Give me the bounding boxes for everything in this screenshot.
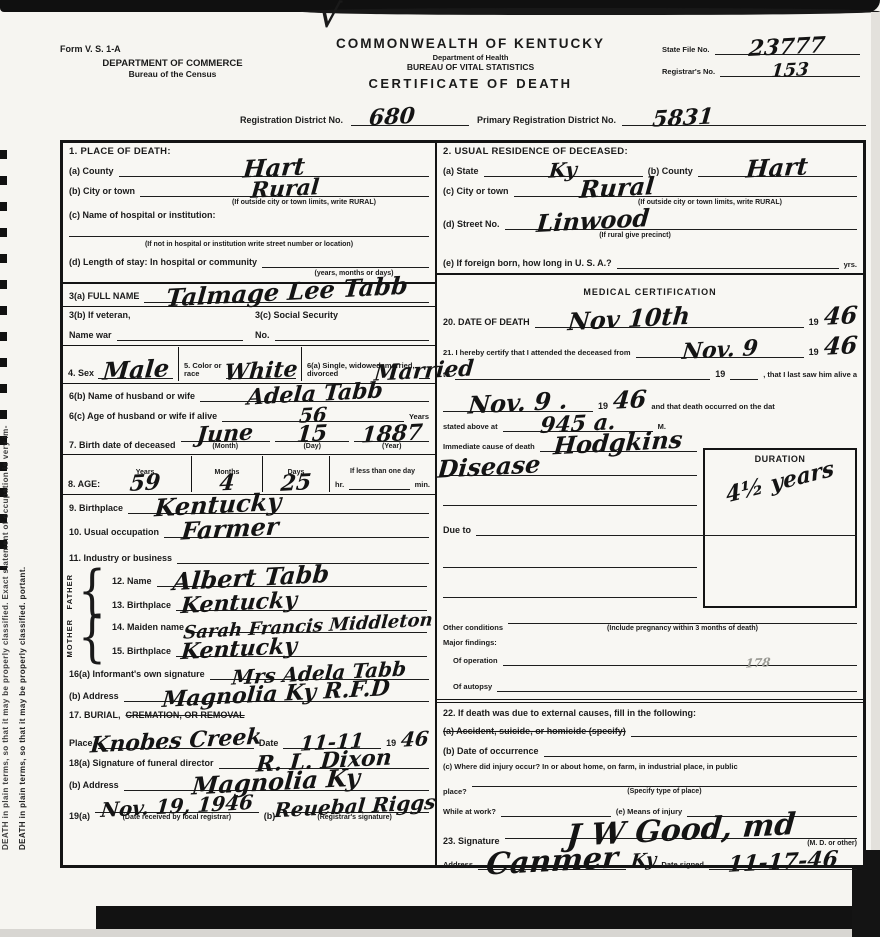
occupation-label: 10. Usual occupation <box>69 527 159 538</box>
informant-addr-line: Magnolia Ky R.F.D <box>124 688 429 702</box>
certify-from-line: Nov. 9 <box>636 344 804 358</box>
reg-district-label: Registration District No. <box>240 115 343 126</box>
hospital-line <box>69 223 429 237</box>
residence-foreign-row: (e) If foreign born, how long in U. S. A… <box>437 254 863 270</box>
certify-text-2: , that I last saw him alive a <box>763 371 857 380</box>
residence-street-value: Linwood <box>535 206 650 236</box>
sex-value: Male <box>101 356 170 384</box>
physician-sig-row: 23. Signature J W Good, md (M. D. or oth… <box>437 824 863 849</box>
header-center: COMMONWEALTH OF KENTUCKY Department of H… <box>285 36 656 91</box>
burial-year-value: 46 <box>400 728 430 750</box>
occupation-line: Farmer <box>164 524 429 538</box>
date-of-death-row: 20. DATE OF DEATH Nov 10th 19 46 <box>437 303 863 329</box>
lastsaw-year: 46 <box>612 387 647 413</box>
director-addr-line: Magnolia Ky <box>124 777 429 791</box>
county-row: (a) County Hart <box>63 162 435 178</box>
birth-month-value: June <box>196 421 254 446</box>
physician-addr-row: Address Canmer Ky Date signed 11-17-46 <box>437 851 863 871</box>
district-line: Registration District No. 680 Primary Re… <box>240 112 866 126</box>
age-hr-label: hr. <box>335 481 344 490</box>
hospital-caption: (If not in hospital or institution write… <box>63 240 435 249</box>
due-to-line-3 <box>443 584 697 598</box>
due-to-line-2 <box>443 554 697 568</box>
department-commerce: DEPARTMENT OF COMMERCE <box>60 58 285 69</box>
mother-name-row: 14. Maiden name Sarah Francis Middleton <box>106 618 433 634</box>
section-informant: 16(a) Informant's own signature Mrs Adel… <box>63 659 435 703</box>
margin-note-outer: DEATH in plain terms, so that it may be … <box>1 150 11 850</box>
autopsy-row: Of autopsy <box>437 677 863 693</box>
cause-line-3 <box>443 492 697 506</box>
veteran-war-line <box>117 327 243 341</box>
veteran-war-label: Name war <box>69 330 112 341</box>
father-bp-label: 13. Birthplace <box>112 600 171 611</box>
marital-line: Married <box>419 365 430 379</box>
lastsaw-line: Nov. 9 . <box>443 398 593 412</box>
date-signed-label: Date signed <box>661 861 704 870</box>
dod-19: 19 <box>809 317 819 328</box>
father-name-label: 12. Name <box>112 576 152 587</box>
physician-sig-line: J W Good, md <box>505 825 857 839</box>
commonwealth-title: COMMONWEALTH OF KENTUCKY <box>285 36 656 51</box>
external-c-row: place? (Specify type of place) <box>437 772 863 797</box>
age-min-label: min. <box>415 481 430 490</box>
informant-addr-row: (b) Address Magnolia Ky R.F.D <box>63 687 435 703</box>
occupation-row: 10. Usual occupation Farmer <box>63 523 435 539</box>
state-file-line: 23777 <box>715 41 860 55</box>
certify-text-1: 21. I hereby certify that I attended the… <box>443 349 631 358</box>
due-to-row: Due to <box>437 521 863 537</box>
full-name-line: Talmage Lee Tabb <box>144 289 429 303</box>
burial-place-line: Knobes Creek <box>98 735 254 749</box>
stay-line <box>262 254 429 268</box>
age-years-value: 59 <box>129 471 162 495</box>
mother-bp-label: 15. Birthplace <box>112 646 171 657</box>
operation-row: Of operation 178 <box>437 651 863 667</box>
birth-month-line: June <box>181 428 270 442</box>
place-title: 1. PLACE OF DEATH: <box>69 146 171 157</box>
birth-day-line: 15 <box>275 428 350 442</box>
registrar-no-line: 153 <box>720 63 860 77</box>
residence-state-label: (a) State <box>443 166 479 177</box>
external-b-label: (b) Date of occurrence <box>443 746 539 757</box>
age-label: 8. AGE: <box>68 479 100 490</box>
handwritten-checkmark: √ <box>315 0 343 37</box>
full-name-label: 3(a) FULL NAME <box>69 291 139 302</box>
section-veteran-ssn: 3(b) If veteran, Name war 3(c) Social Se… <box>63 307 435 346</box>
age-years-line: 59 <box>104 477 186 490</box>
mother-label: MOTHER <box>65 619 78 658</box>
other-conditions-line <box>508 610 857 624</box>
certificate-title: CERTIFICATE OF DEATH <box>285 76 656 91</box>
scan-edge-bottom-gray <box>0 929 880 937</box>
certify-row-1: 21. I hereby certify that I attended the… <box>437 333 863 359</box>
stay-label: (d) Length of stay: In hospital or commu… <box>69 257 257 268</box>
residence-city-line: Rural <box>514 183 858 197</box>
registrar-a-label: 19(a) <box>69 811 90 822</box>
cause-value: Hodgkins <box>553 427 684 458</box>
hospital-label: (c) Name of hospital or institution: <box>69 210 216 221</box>
external-c-line <box>472 773 857 787</box>
stay-row: (d) Length of stay: In hospital or commu… <box>63 253 435 269</box>
to-19: 19 <box>715 369 725 380</box>
operation-label: Of operation <box>453 657 498 666</box>
section-physician-signature: 23. Signature J W Good, md (M. D. or oth… <box>437 818 863 871</box>
residence-foreign-label: (e) If foreign born, how long in U. S. A… <box>443 258 612 269</box>
county-label: (a) County <box>69 166 114 177</box>
certify-row-2: to 19 , that I last saw him alive a <box>437 365 863 381</box>
mother-name-line: Sarah Francis Middleton <box>189 619 427 633</box>
section-external-causes: 22. If death was due to external causes,… <box>437 703 863 818</box>
certify-from-value: Nov. 9 <box>681 337 759 363</box>
to-label: to <box>443 371 450 380</box>
physician-sig-label: 23. Signature <box>443 836 500 847</box>
mother-brace: { <box>78 613 106 662</box>
due-to-line <box>476 522 857 536</box>
father-name-line: Albert Tabb <box>157 573 427 587</box>
burial-place-label: Place <box>69 738 93 749</box>
external-a-line <box>631 723 857 737</box>
father-bp-row: 13. Birthplace Kentucky <box>106 596 433 612</box>
right-column: 2. USUAL RESIDENCE OF DECEASED: (a) Stat… <box>437 143 863 865</box>
state-file-label: State File No. <box>662 46 710 55</box>
dod-value: Nov 10th <box>567 304 691 335</box>
mother-group: MOTHER { 14. Maiden name Sarah Francis M… <box>63 617 435 659</box>
birth-date-row: 7. Birth date of deceased June (Month) 1… <box>63 427 435 452</box>
informant-addr-label: (b) Address <box>69 691 119 702</box>
mother-name-label: 14. Maiden name <box>112 622 184 633</box>
age-days-value: 25 <box>280 471 313 495</box>
external-a-row: (a) Accident, suicide, or homicide (spec… <box>437 722 863 738</box>
form-number: Form V. S. 1-A <box>60 44 285 54</box>
state-file-value: 23777 <box>748 34 826 60</box>
registrar-sig-line: Reuebal Riggs <box>280 799 429 813</box>
cause-block: Immediate cause of death Hodgkins Diseas… <box>437 433 703 507</box>
registrar-no-row: Registrar's No. 153 <box>656 62 866 78</box>
stated-label: stated above at <box>443 423 498 432</box>
ssn-label: 3(c) Social Security <box>255 310 429 321</box>
certify-19a: 19 <box>809 347 819 358</box>
physician-addr-line: Canmer <box>478 856 626 870</box>
dod-line: Nov 10th <box>535 314 804 328</box>
bureau-vital-statistics: BUREAU OF VITAL STATISTICS <box>285 62 656 72</box>
to-line <box>455 366 710 380</box>
external-c-label-2: place? <box>443 788 467 797</box>
primary-district-value: 5831 <box>652 105 715 130</box>
birth-year-value: 1887 <box>360 421 423 446</box>
autopsy-label: Of autopsy <box>453 683 492 692</box>
physician-addr-value: Canmer <box>485 843 619 880</box>
residence-city-value: Rural <box>578 174 655 202</box>
work-line <box>501 803 611 817</box>
date-signed-value: 11-17-46 <box>727 848 839 876</box>
race-value: White <box>223 358 298 384</box>
birth-year-line: 1887 <box>354 428 429 442</box>
death-certificate-scan: √ DEATH in plain terms, so that it may b… <box>0 0 880 937</box>
to-year-line <box>730 366 758 380</box>
city-value: Rural <box>249 176 319 202</box>
scan-edge-right <box>871 12 880 906</box>
section-place-of-death: 1. PLACE OF DEATH: (a) County Hart (b) C… <box>63 143 435 284</box>
registrar-no-value: 153 <box>770 61 809 81</box>
primary-district-label: Primary Registration District No. <box>477 115 616 126</box>
race-line: White <box>226 365 296 379</box>
father-bp-line: Kentucky <box>176 597 427 611</box>
cause-row: Immediate cause of death Hodgkins <box>437 437 703 453</box>
department-health: Department of Health <box>285 53 656 62</box>
city-label: (b) City or town <box>69 186 135 197</box>
father-name-row: 12. Name Albert Tabb <box>106 572 433 588</box>
other-conditions-row: Other conditions (Include pregnancy with… <box>437 609 863 634</box>
dod-year-value: 46 <box>823 303 858 329</box>
header-left: Form V. S. 1-A DEPARTMENT OF COMMERCE Bu… <box>60 36 285 91</box>
external-a-label: (a) Accident, suicide, or homicide (spec… <box>443 726 626 737</box>
father-group: FATHER { 12. Name Albert Tabb 13. Birthp… <box>63 571 435 613</box>
external-b-line <box>544 743 857 757</box>
other-conditions-caption: (Include pregnancy within 3 months of de… <box>508 624 857 633</box>
certify-row-3: Nov. 9 . 19 46 and that death occurred o… <box>437 387 863 413</box>
sex-line: Male <box>98 365 173 379</box>
section-spouse-birth: 6(b) Name of husband or wife Adela Tabb … <box>63 384 435 455</box>
city-row: (b) City or town Rural <box>63 182 435 198</box>
medical-title: MEDICAL CERTIFICATION <box>437 287 863 299</box>
father-bp-value: Kentucky <box>180 589 298 617</box>
spouse-age-label: 6(c) Age of husband or wife if alive <box>69 411 217 422</box>
section-residence: 2. USUAL RESIDENCE OF DECEASED: (a) Stat… <box>437 143 863 275</box>
director-label: 18(a) Signature of funeral director <box>69 758 214 769</box>
section-burial: 17. BURIAL, CREMATION, OR REMOVAL Place … <box>63 703 435 750</box>
certify-from-year: 46 <box>823 333 858 359</box>
age-hr-line <box>349 476 409 490</box>
veteran-label: 3(b) If veteran, <box>69 310 243 321</box>
operation-pencil-mark: 178 <box>745 656 771 669</box>
external-title: 22. If death was due to external causes,… <box>443 708 696 719</box>
ssn-line <box>275 327 430 341</box>
section-birthplace-occupation: 9. Birthplace Kentucky 10. Usual occupat… <box>63 495 435 565</box>
form-box: 1. PLACE OF DEATH: (a) County Hart (b) C… <box>60 140 866 868</box>
work-label: While at work? <box>443 808 496 817</box>
physician-addr-state: Ky <box>630 851 657 870</box>
director-addr-label: (b) Address <box>69 780 119 791</box>
external-b-row: (b) Date of occurrence <box>437 742 863 758</box>
certificate-header: Form V. S. 1-A DEPARTMENT OF COMMERCE Bu… <box>60 36 866 91</box>
scan-edge-bottom <box>96 906 880 931</box>
operation-line: 178 <box>503 652 857 666</box>
occupation-value: Farmer <box>181 514 280 543</box>
mother-bp-value: Kentucky <box>180 635 298 663</box>
residence-state-value: Ky <box>548 159 578 181</box>
residence-street-label: (d) Street No. <box>443 219 500 230</box>
header-right: State File No. 23777 Registrar's No. 153 <box>656 36 866 91</box>
mother-bp-line: Kentucky <box>176 643 427 657</box>
due-to-label: Due to <box>443 525 471 536</box>
age-less-label: If less than one day <box>335 467 430 476</box>
section-full-name: 3(a) FULL NAME Talmage Lee Tabb <box>63 284 435 307</box>
informant-sig-label: 16(a) Informant's own signature <box>69 669 205 680</box>
left-column: 1. PLACE OF DEATH: (a) County Hart (b) C… <box>63 143 437 865</box>
burial-label: 17. BURIAL, <box>69 710 121 721</box>
registrar-no-label: Registrar's No. <box>662 68 715 77</box>
date-signed-line: 11-17-46 <box>709 856 857 870</box>
certify-text-3: and that death occurred on the dat <box>651 403 774 412</box>
sex-label: 4. Sex <box>68 368 94 379</box>
residence-street-row: (d) Street No. Linwood <box>437 215 863 231</box>
scan-edge-top-shadow <box>300 8 880 15</box>
section-registrar: 19(a) Nov. 19, 1946 (Date received by lo… <box>63 798 435 823</box>
residence-title: 2. USUAL RESIDENCE OF DECEASED: <box>443 146 628 157</box>
ssn-no-label: No. <box>255 330 270 341</box>
cause-line-2: Disease <box>443 462 697 476</box>
external-c-label: (c) Where did injury occur? In or about … <box>443 763 738 772</box>
cause-row-2: Disease <box>437 461 703 477</box>
birth-date-label: 7. Birth date of deceased <box>69 440 176 451</box>
residence-city-label: (c) City or town <box>443 186 509 197</box>
reg-district-value: 680 <box>368 105 416 130</box>
cause-value-2: Disease <box>436 452 541 482</box>
residence-city-row: (c) City or town Rural <box>437 182 863 198</box>
birthplace-label: 9. Birthplace <box>69 503 123 514</box>
father-label: FATHER <box>65 574 78 609</box>
external-c-caption: (Specify type of place) <box>472 787 857 796</box>
spouse-row: 6(b) Name of husband or wife Adela Tabb <box>63 387 435 403</box>
residence-county-line: Hart <box>698 163 857 177</box>
physician-addr-label: Address <box>443 861 473 870</box>
residence-street-line: Linwood <box>505 216 857 230</box>
state-file-row: State File No. 23777 <box>656 40 866 56</box>
race-label: 5. Color orrace <box>184 362 222 379</box>
birth-day-value: 15 <box>296 422 329 446</box>
dod-label: 20. DATE OF DEATH <box>443 317 530 328</box>
mother-bp-row: 15. Birthplace Kentucky <box>106 642 433 658</box>
residence-foreign-suffix: yrs. <box>844 261 857 270</box>
margin-note-inner: DEATH in plain terms, so that it may be … <box>18 150 30 850</box>
autopsy-line <box>497 678 857 692</box>
registrar-date-line: Nov. 19, 1946 <box>95 799 259 813</box>
residence-county-value: Hart <box>745 154 809 181</box>
city-line: Rural <box>140 183 429 197</box>
residence-foreign-line <box>617 255 839 269</box>
reg-district-line: 680 <box>351 112 469 126</box>
county-line: Hart <box>119 163 430 177</box>
major-findings-label: Major findings: <box>443 639 497 648</box>
cause-line: Hodgkins <box>540 438 697 452</box>
other-conditions-label: Other conditions <box>443 624 503 633</box>
spouse-line: Adela Tabb <box>200 388 429 402</box>
bureau-census: Bureau of the Census <box>60 69 285 79</box>
primary-district-line: 5831 <box>622 112 866 126</box>
spouse-label: 6(b) Name of husband or wife <box>69 391 195 402</box>
